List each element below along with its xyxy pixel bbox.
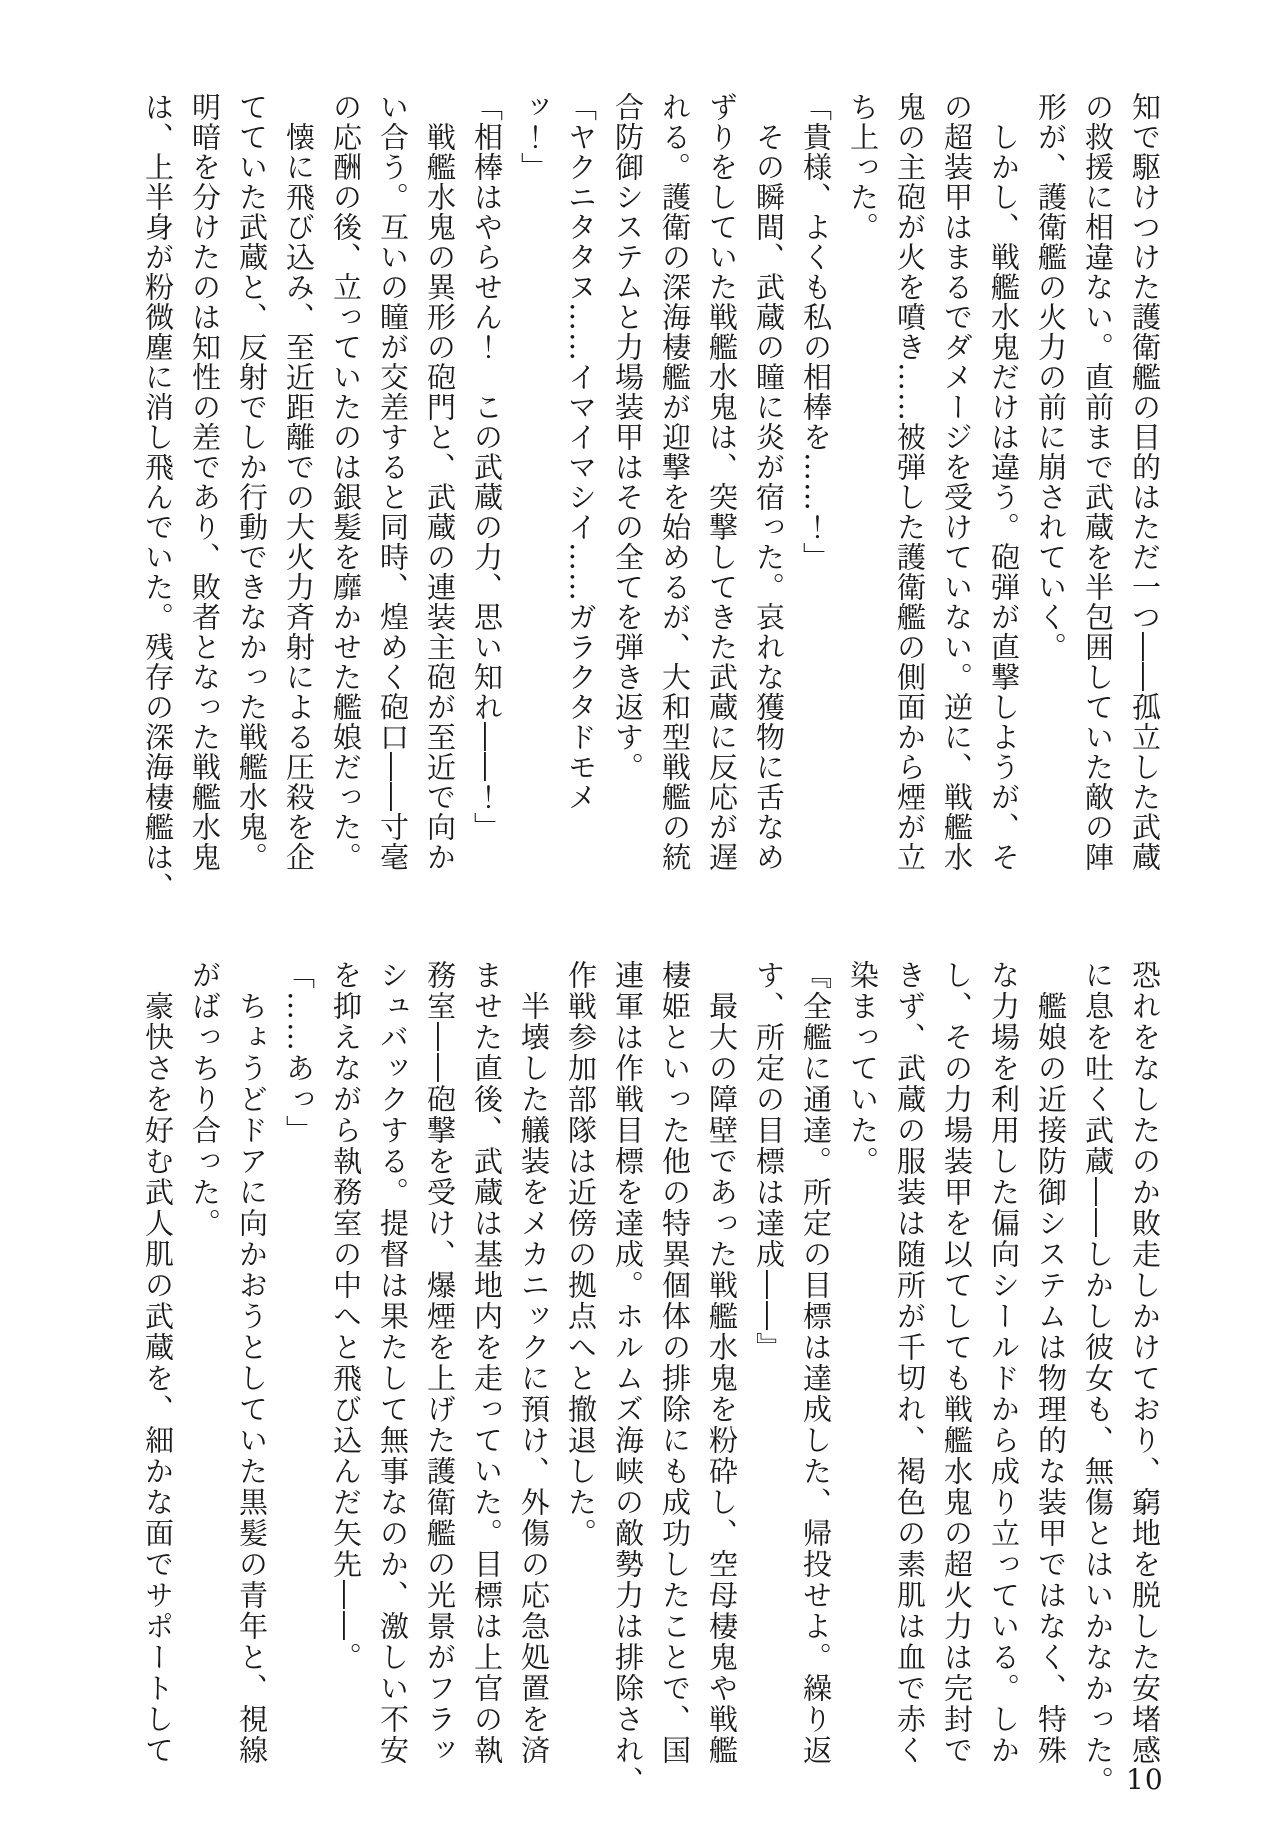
text-column: 連軍は作戦目標を達成。ホルムズ海峡の敵勢力は排除され、 — [604, 960, 651, 1750]
text-column: ち上った。 — [839, 92, 886, 892]
text-block-bottom: 恐れをなしたのか敗走しかけており、窮地を脱した安堵感 に息を吐く武蔵――しかし彼… — [128, 960, 1168, 1750]
text-column: す、所定の目標は達成――』 — [745, 960, 792, 1750]
text-column: 豪快さを好む武人肌の武蔵を、細かな面でサポートして — [134, 960, 181, 1750]
text-column: は、上半身が粉微塵に消し飛んでいた。残存の深海棲艦は、 — [134, 92, 181, 892]
text-column: 染まっていた。 — [839, 960, 886, 1750]
text-column: 作戦参加部隊は近傍の拠点へと撤退した。 — [557, 960, 604, 1750]
text-column: 艦娘の近接防御システムは物理的な装甲ではなく、特殊 — [1027, 960, 1074, 1750]
text-column: 恐れをなしたのか敗走しかけており、窮地を脱した安堵感 — [1121, 960, 1168, 1750]
text-column: 懐に飛び込み、至近距離での大火力斉射による圧殺を企 — [275, 92, 322, 892]
text-column: 棲姫といった他の特異個体の排除にも成功したことで、国 — [651, 960, 698, 1750]
text-column: ッ！」 — [510, 92, 557, 892]
text-column: れる。護衛の深海棲艦が迎撃を始めるが、大和型戦艦の統 — [651, 92, 698, 892]
text-column: シュバックする。提督は果たして無事なのか、激しい不安 — [369, 960, 416, 1750]
text-column: 半壊した艤装をメカニックに預け、外傷の応急処置を済 — [510, 960, 557, 1750]
page-number: 10 — [1126, 1763, 1164, 1796]
text-column: 知で駆けつけた護衛艦の目的はただ一つ――孤立した武蔵 — [1121, 92, 1168, 892]
text-column: きず、武蔵の服装は随所が千切れ、褐色の素肌は血で赤く — [886, 960, 933, 1750]
text-column: 「貴様、よくも私の相棒を……！」 — [792, 92, 839, 892]
text-column: 務室――砲撃を受け、爆煙を上げた護衛艦の光景がフラッ — [416, 960, 463, 1750]
text-column: を抑えながら執務室の中へと飛び込んだ矢先――。 — [322, 960, 369, 1750]
text-column: てていた武蔵と、反射でしか行動できなかった戦艦水鬼。 — [228, 92, 275, 892]
text-column: がばっちり合った。 — [181, 960, 228, 1750]
text-column: な力場を利用した偏向シールドから成り立っている。しか — [980, 960, 1027, 1750]
text-column: に息を吐く武蔵――しかし彼女も、無傷とはいかなかった。 — [1074, 960, 1121, 1750]
text-column: の応酬の後、立っていたのは銀髪を靡かせた艦娘だった。 — [322, 92, 369, 892]
text-block-top: 知で駆けつけた護衛艦の目的はただ一つ――孤立した武蔵 の救援に相違ない。直前まで… — [128, 92, 1168, 892]
text-column: ちょうどドアに向かおうとしていた黒髪の青年と、視線 — [228, 960, 275, 1750]
text-column: しかし、戦艦水鬼だけは違う。砲弾が直撃しようが、そ — [980, 92, 1027, 892]
text-column: 鬼の主砲が火を噴き……被弾した護衛艦の側面から煙が立 — [886, 92, 933, 892]
text-column: の超装甲はまるでダメージを受けていない。逆に、戦艦水 — [933, 92, 980, 892]
novel-page: 知で駆けつけた護衛艦の目的はただ一つ――孤立した武蔵 の救援に相違ない。直前まで… — [0, 0, 1280, 1837]
text-column: ませた直後、武蔵は基地内を走っていた。目標は上官の執 — [463, 960, 510, 1750]
text-column: 「……あっ」 — [275, 960, 322, 1750]
text-column: ずりをしていた戦艦水鬼は、突撃してきた武蔵に反応が遅 — [698, 92, 745, 892]
text-column: 戦艦水鬼の異形の砲門と、武蔵の連装主砲が至近で向か — [416, 92, 463, 892]
text-column: い合う。互いの瞳が交差すると同時、煌めく砲口――寸毫 — [369, 92, 416, 892]
text-column: 最大の障壁であった戦艦水鬼を粉砕し、空母棲鬼や戦艦 — [698, 960, 745, 1750]
text-column: の救援に相違ない。直前まで武蔵を半包囲していた敵の陣 — [1074, 92, 1121, 892]
text-column: 合防御システムと力場装甲はその全てを弾き返す。 — [604, 92, 651, 892]
text-column: し、その力場装甲を以てしても戦艦水鬼の超火力は完封で — [933, 960, 980, 1750]
text-column: 『全艦に通達。所定の目標は達成した、帰投せよ。繰り返 — [792, 960, 839, 1750]
text-column: 「相棒はやらせん！ この武蔵の力、思い知れ――！」 — [463, 92, 510, 892]
text-column: 形が、護衛艦の火力の前に崩されていく。 — [1027, 92, 1074, 892]
text-column: その瞬間、武蔵の瞳に炎が宿った。哀れな獲物に舌なめ — [745, 92, 792, 892]
text-column: 明暗を分けたのは知性の差であり、敗者となった戦艦水鬼 — [181, 92, 228, 892]
text-column: 「ヤクニタタヌ……イマイマシイ……ガラクタドモメ — [557, 92, 604, 892]
